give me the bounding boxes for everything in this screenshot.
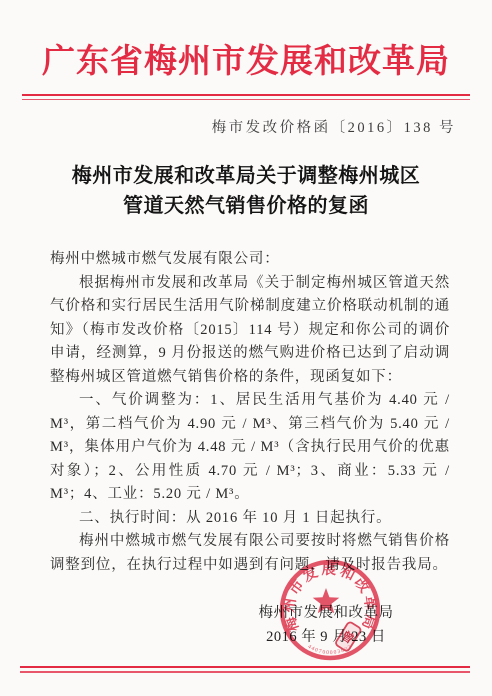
- document-title-line1: 梅州市发展和改革局关于调整梅州城区: [0, 161, 492, 191]
- document-number: 梅市发改价格函〔2016〕138 号: [0, 116, 456, 137]
- official-seal: 梅州市发展和改革局 440700003802 曾: [265, 545, 395, 675]
- paragraph-effective-date: 二、执行时间：从 2016 年 10 月 1 日起执行。: [50, 507, 450, 531]
- paragraph-basis: 根据梅州市发展和改革局《关于制定梅州城区管道天然气价格和实行居民生活用气阶梯制度…: [50, 272, 450, 390]
- header-divider-rule: [22, 94, 470, 100]
- agency-header: 广东省梅州市发展和改革局: [0, 0, 492, 84]
- footer-divider-rule: [20, 666, 470, 673]
- star-icon: [313, 588, 340, 613]
- document-title-line2: 管道天然气销售价格的复函: [0, 191, 492, 221]
- document-title: 梅州市发展和改革局关于调整梅州城区 管道天然气销售价格的复函: [0, 161, 492, 221]
- paragraph-price-adjustment: 一、气价调整为：1、居民生活用气基价为 4.40 元 / M³，第二档气价为 4…: [50, 389, 450, 507]
- salutation: 梅州中燃城市燃气发展有限公司：: [50, 248, 450, 272]
- document-body: 梅州中燃城市燃气发展有限公司： 根据梅州市发展和改革局《关于制定梅州城区管道天然…: [50, 248, 450, 577]
